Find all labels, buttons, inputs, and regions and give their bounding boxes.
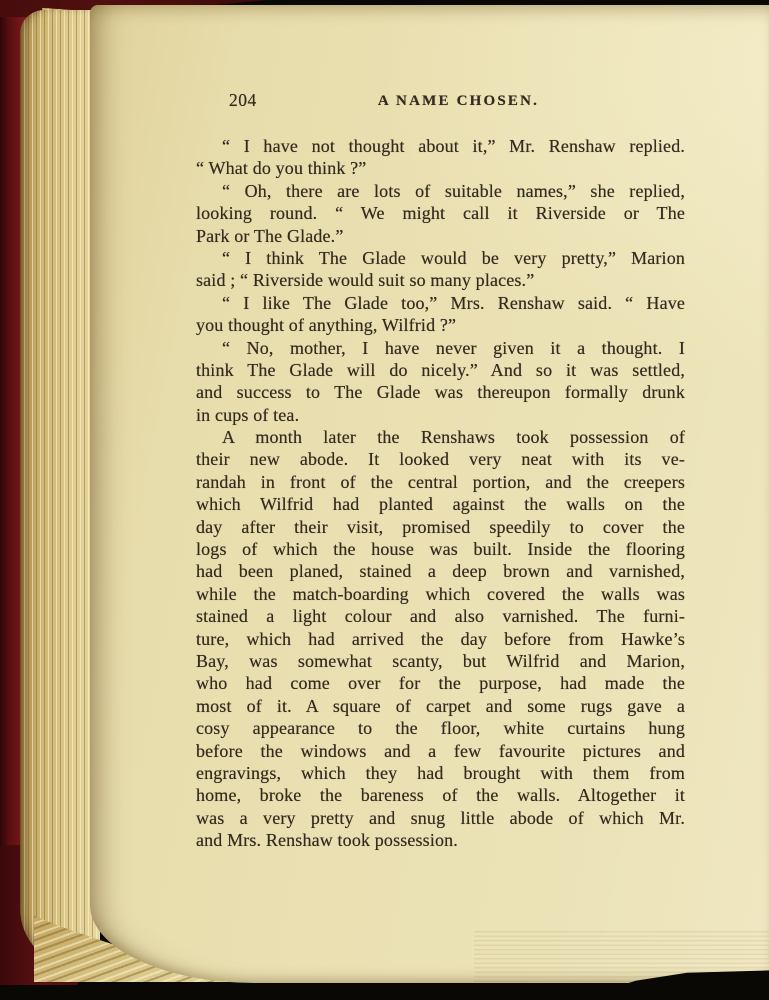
text-line: said ; “ Riverside would suit so many pl… (196, 269, 685, 291)
text-line: who had come over for the purpose, had m… (196, 672, 685, 694)
text-line: looking round. “ We might call it Rivers… (196, 202, 685, 224)
text-line: “ I like The Glade too,” Mrs. Renshaw sa… (196, 292, 685, 314)
running-header: 204 A NAME CHOSEN. (196, 90, 685, 114)
text-line: ture, which had arrived the day before f… (196, 628, 685, 650)
text-line: day after their visit, promised speedily… (196, 516, 685, 538)
text-line: home, broke the bareness of the walls. A… (196, 784, 685, 806)
text-line: stained a light colour and also varnishe… (196, 605, 685, 627)
book-photo: 204 A NAME CHOSEN. “ I have not thought … (0, 0, 769, 1000)
text-line: before the windows and a few favourite p… (196, 740, 685, 762)
text-line: while the match-boarding which covered t… (196, 583, 685, 605)
text-line: most of it. A square of carpet and some … (196, 695, 685, 717)
text-line: “ I think The Glade would be very pretty… (196, 247, 685, 269)
text-line: had been planed, stained a deep brown an… (196, 560, 685, 582)
text-line: think The Glade will do nicely.” And so … (196, 359, 685, 381)
page-edges-stack (20, 10, 100, 968)
text-line: and success to The Glade was thereupon f… (196, 381, 685, 403)
page-text: “ I have not thought about it,” Mr. Rens… (196, 135, 685, 852)
text-line: “ Oh, there are lots of suitable names,”… (196, 180, 685, 202)
page-number: 204 (229, 90, 257, 111)
text-line: “ No, mother, I have never given it a th… (196, 337, 685, 359)
text-line: in cups of tea. (196, 404, 685, 426)
running-title: A NAME CHOSEN. (378, 93, 539, 110)
text-line: Park or The Glade.” (196, 225, 685, 247)
text-line: cosy appearance to the floor, white curt… (196, 717, 685, 739)
text-line: you thought of anything, Wilfrid ?” (196, 314, 685, 336)
text-line: Bay, was somewhat scanty, but Wilfrid an… (196, 650, 685, 672)
text-column: 204 A NAME CHOSEN. “ I have not thought … (196, 90, 685, 852)
text-line: A month later the Renshaws took possessi… (196, 426, 685, 448)
text-line: “ I have not thought about it,” Mr. Rens… (196, 135, 685, 157)
text-line: was a very pretty and snug little abode … (196, 807, 685, 829)
text-line: randah in front of the central portion, … (196, 471, 685, 493)
book-page: 204 A NAME CHOSEN. “ I have not thought … (90, 5, 769, 983)
text-line: “ What do you think ?” (196, 157, 685, 179)
text-line: engravings, which they had brought with … (196, 762, 685, 784)
text-line: which Wilfrid had planted against the wa… (196, 493, 685, 515)
text-line: and Mrs. Renshaw took possession. (196, 829, 685, 851)
text-line: logs of which the house was built. Insid… (196, 538, 685, 560)
text-line: their new abode. It looked very neat wit… (196, 448, 685, 470)
